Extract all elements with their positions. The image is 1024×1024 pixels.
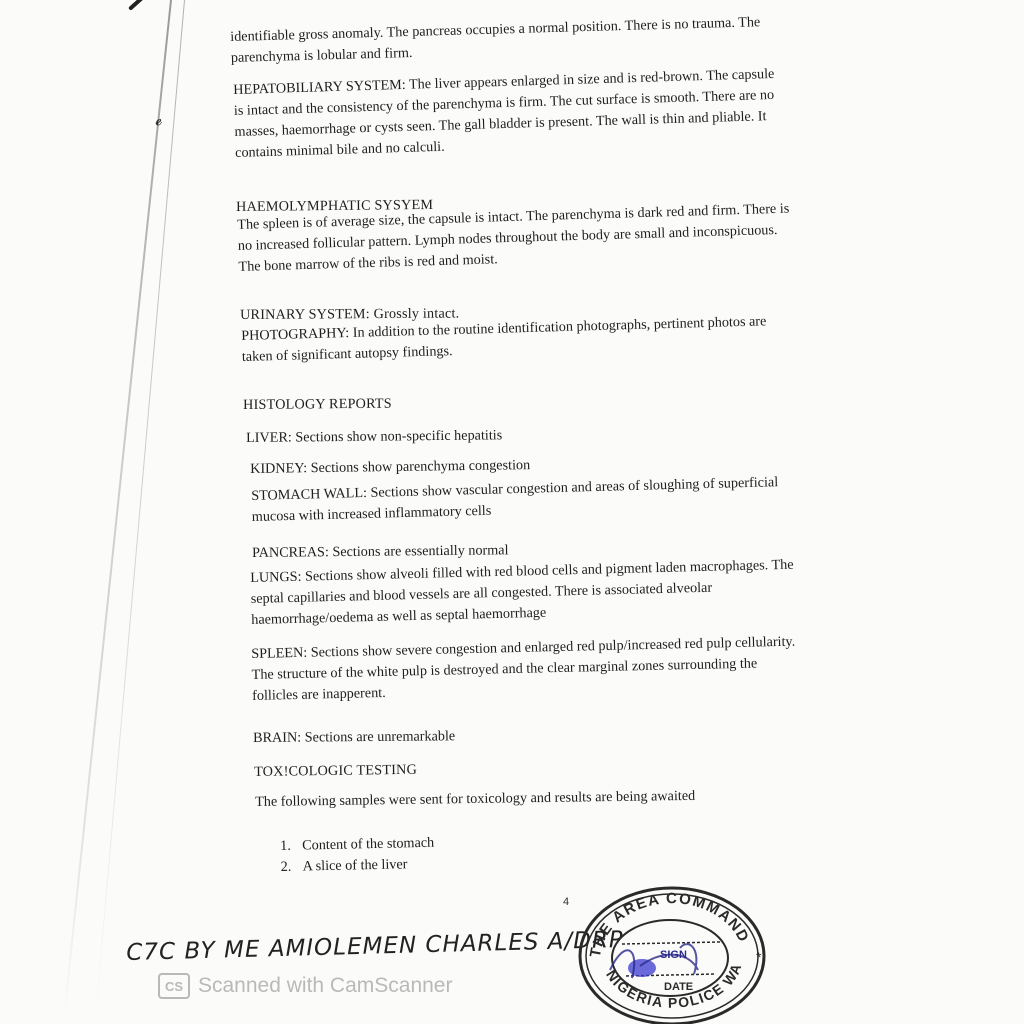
stamp-date-label: DATE: [664, 981, 693, 993]
report-paragraph: SPLEEN: Sections show severe congestion …: [251, 632, 796, 707]
report-paragraph: PANCREAS: Sections are essentially norma…: [252, 540, 509, 564]
police-stamp: THE AREA COMMANDER NIGERIA POLICE WARRI …: [570, 878, 770, 1024]
section-heading: TOX!COLOGIC TESTING: [254, 760, 417, 783]
text-line: KIDNEY: Sections show parenchyma congest…: [250, 455, 530, 480]
scanned-page: 𝓮 identifiable gross anomaly. The pancre…: [0, 0, 1024, 1024]
section-heading: HISTOLOGY REPORTS: [243, 394, 392, 416]
text-line: HISTOLOGY REPORTS: [243, 394, 392, 416]
svg-text:*: *: [756, 949, 762, 965]
report-paragraph: LIVER: Sections show non-specific hepati…: [246, 425, 502, 449]
toxicology-sample-list: 1.Content of the stomach 2.A slice of th…: [280, 833, 435, 878]
document-body: identifiable gross anomaly. The pancreas…: [0, 0, 1024, 1024]
list-item: 2.A slice of the liver: [280, 854, 434, 878]
text-line: The following samples were sent for toxi…: [255, 786, 695, 813]
camscanner-logo-icon: CS: [158, 973, 190, 999]
text-line: TOX!COLOGIC TESTING: [254, 760, 417, 783]
report-paragraph: The following samples were sent for toxi…: [255, 786, 695, 813]
page-number: 4: [563, 896, 569, 908]
text-line: PANCREAS: Sections are essentially norma…: [252, 540, 509, 564]
watermark-text: Scanned with CamScanner: [198, 974, 452, 998]
report-paragraph: identifiable gross anomaly. The pancreas…: [230, 12, 761, 69]
report-paragraph: KIDNEY: Sections show parenchyma congest…: [250, 455, 530, 480]
text-line: BRAIN: Sections are unremarkable: [253, 726, 455, 749]
report-paragraph: BRAIN: Sections are unremarkable: [253, 726, 455, 749]
report-paragraph: LUNGS: Sections show alveoli filled with…: [250, 555, 795, 631]
report-paragraph: STOMACH WALL: Sections show vascular con…: [251, 472, 779, 528]
report-paragraph: HEPATOBILIARY SYSTEM: The liver appears …: [233, 64, 777, 164]
text-line: LIVER: Sections show non-specific hepati…: [246, 425, 502, 449]
camscanner-watermark: CS Scanned with CamScanner: [158, 973, 452, 999]
list-item: 1.Content of the stomach: [280, 833, 434, 857]
